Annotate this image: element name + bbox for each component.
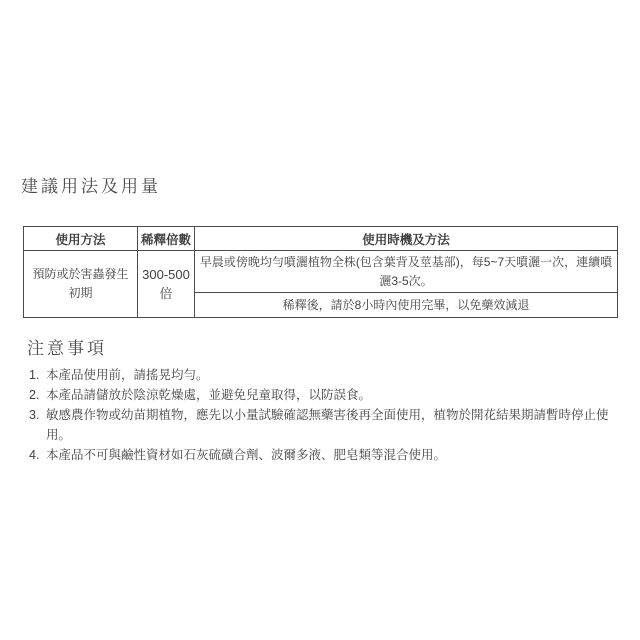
header-timing-method: 使用時機及方法 — [195, 227, 618, 251]
notes-list: 1. 本產品使用前，請搖晃均勻。 2. 本產品請儲放於陰涼乾燥處，並避免兒童取得… — [29, 365, 623, 465]
note-text: 本產品使用前，請搖晃均勻。 — [46, 365, 623, 385]
list-item: 3. 敏感農作物或幼苗期植物，應先以小量試驗確認無藥害後再全面使用，植物於開花結… — [29, 405, 623, 445]
note-text: 本產品請儲放於陰涼乾燥處，並避免兒童取得，以防誤食。 — [46, 385, 623, 405]
note-text: 敏感農作物或幼苗期植物，應先以小量試驗確認無藥害後再全面使用，植物於開花結果期請… — [46, 405, 623, 445]
usage-table: 使用方法 稀釋倍數 使用時機及方法 預防或於害蟲發生初期 300-500 倍 早… — [23, 226, 618, 318]
cell-timing-primary: 早晨或傍晚均勻噴灑植物全株(包含葉背及莖基部)，每5~7天噴灑一次，連續噴灑3-… — [195, 251, 618, 293]
usage-section-title: 建議用法及用量 — [21, 172, 161, 197]
note-number: 3. — [29, 405, 46, 445]
list-item: 4. 本產品不可與鹼性資材如石灰硫磺合劑、波爾多液、肥皂類等混合使用。 — [29, 445, 623, 465]
list-item: 1. 本產品使用前，請搖晃均勻。 — [29, 365, 623, 385]
cell-timing-secondary: 稀釋後，請於8小時內使用完畢，以免藥效減退 — [195, 293, 618, 318]
cell-usage-method: 預防或於害蟲發生初期 — [24, 251, 138, 318]
note-number: 2. — [29, 385, 46, 405]
usage-method-text: 預防或於害蟲發生初期 — [30, 265, 132, 303]
note-number: 1. — [29, 365, 46, 385]
usage-table-body-row-1: 預防或於害蟲發生初期 300-500 倍 早晨或傍晚均勻噴灑植物全株(包含葉背及… — [24, 251, 618, 293]
cell-dilution-ratio: 300-500 倍 — [138, 251, 195, 318]
dilution-unit: 倍 — [159, 286, 172, 301]
list-item: 2. 本產品請儲放於陰涼乾燥處，並避免兒童取得，以防誤食。 — [29, 385, 623, 405]
note-text: 本產品不可與鹼性資材如石灰硫磺合劑、波爾多液、肥皂類等混合使用。 — [46, 445, 623, 465]
product-instruction-page: 建議用法及用量 使用方法 稀釋倍數 使用時機及方法 預防或於害蟲發生初期 300… — [0, 0, 640, 640]
notes-section-title: 注意事項 — [27, 334, 107, 359]
header-usage-method: 使用方法 — [24, 227, 138, 251]
usage-table-header-row: 使用方法 稀釋倍數 使用時機及方法 — [24, 227, 618, 251]
header-dilution-ratio: 稀釋倍數 — [138, 227, 195, 251]
note-number: 4. — [29, 445, 46, 465]
dilution-value: 300-500 — [142, 267, 190, 282]
